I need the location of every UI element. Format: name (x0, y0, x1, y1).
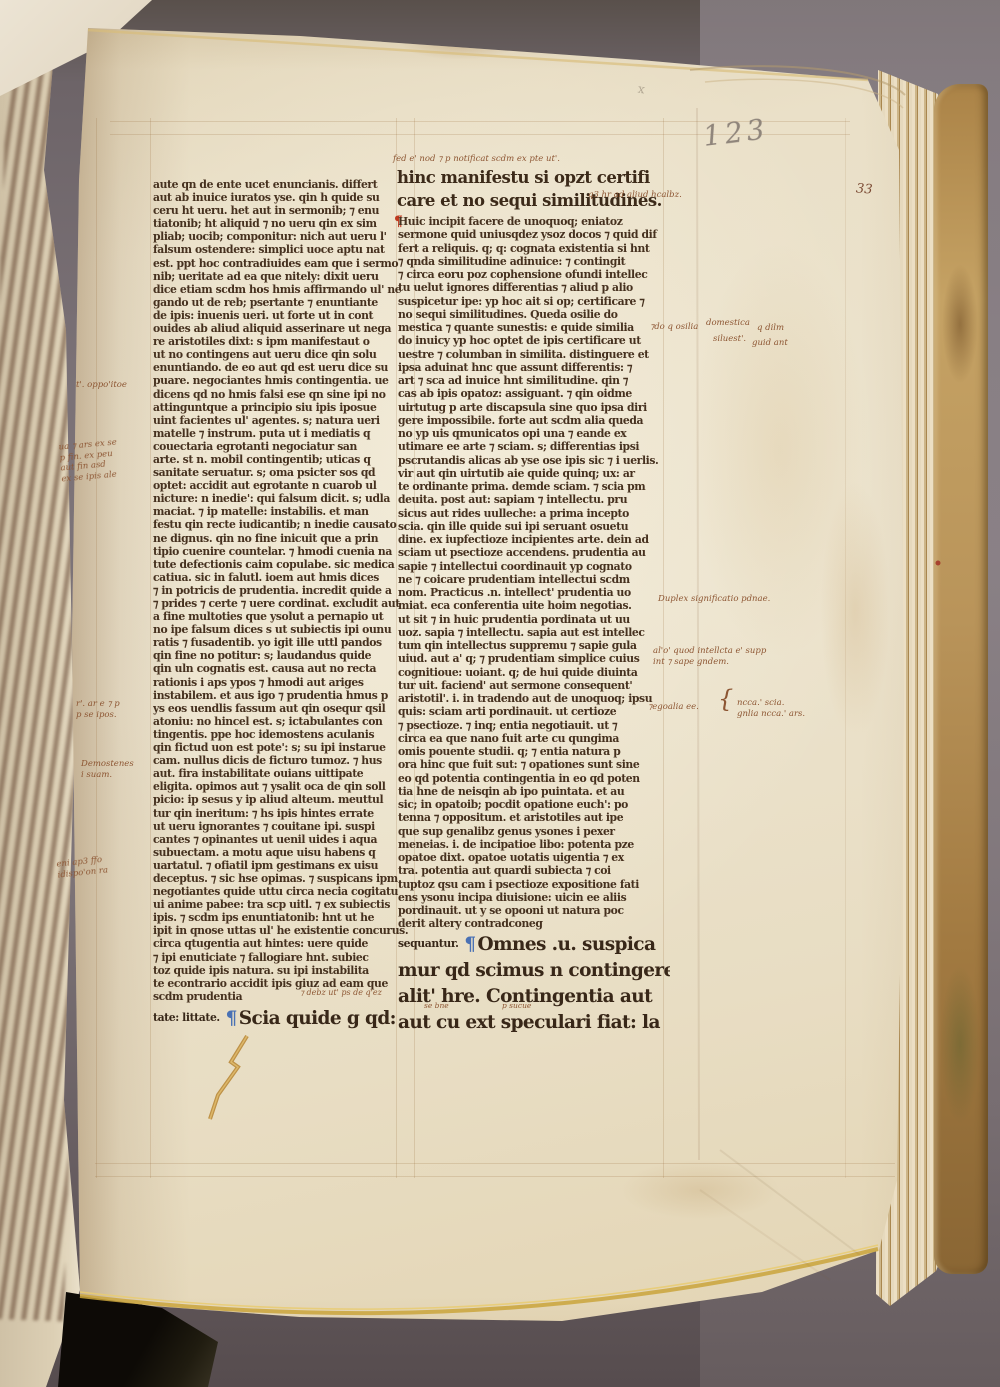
marginal-note: Demostenesi suam. (81, 759, 134, 780)
text-line: utimare ee arte ⁊ sciam. s; differentias… (398, 440, 670, 453)
text-line: derit altery contradconeg (398, 917, 670, 930)
marginal-note-line: q dilm (757, 323, 784, 334)
text-line: qin fine no potitur: s; laudandus quide (153, 649, 417, 662)
text-line: fert a reliquis. q; q: cognata existenti… (398, 242, 670, 255)
text-line: falsum ostendere: simplici uoce aptu nat (153, 243, 417, 256)
text-line: aute qn de ente ucet enuncianis. differt (153, 178, 417, 191)
text-line: picio: ip sesus y ip aliud alteum. meutt… (153, 793, 417, 806)
text-line: ⁊ psectioze. ⁊ inq; entia negotiauit. ut… (398, 719, 670, 732)
marginal-note-line: p sucue (502, 1001, 531, 1012)
text-line: ne dignus. qin no fine inicuit que a pri… (153, 532, 417, 545)
text-line: ui anime pabee: tra scp uitl. ⁊ ex subie… (153, 898, 417, 911)
lemma-line: aut cu ext speculari fiat: la (398, 1010, 670, 1036)
marginal-note-line: { (718, 694, 733, 705)
text-line: uirtutug p arte discapsula sine quo ipsa… (398, 401, 670, 414)
text-line: circa qtugentia aut hintes: uere quide (153, 937, 417, 950)
text-line: arte. st n. mobil contingentib; uticas q (153, 453, 417, 466)
text-line: art ⁊ sca ad inuice hnt similitudine. qi… (398, 374, 670, 387)
text-line: ut no contingens aut ueru dice qin solu (153, 348, 417, 361)
left-column-lines: aute qn de ente ucet enuncianis. differt… (153, 178, 417, 1003)
text-line: ⁊ prides ⁊ certe ⁊ uere cordinat. exclud… (153, 597, 417, 610)
text-line: tenna ⁊ oppositum. et aristotiles aut ip… (398, 811, 670, 824)
marginal-note-line: int ⁊ sape gndem. (653, 657, 766, 668)
text-line: re aristotiles dixt: s ipm manifestaut o (153, 335, 417, 348)
text-line: pliab; uocib; componitur: nich aut ueru … (153, 230, 417, 243)
text-line: nib; ueritate ad ea que nitely: dixit ue… (153, 270, 417, 283)
text-line: rationis i aps ypos ⁊ hmodi aut ariges (153, 676, 417, 689)
text-line: ⁊ circa eoru poz cophensione ofundi inte… (398, 268, 670, 281)
marginal-note-line: Duplex significatio pdnae. (658, 594, 770, 605)
text-line: meneias. i. de incipatioe libo: potenta … (398, 838, 670, 851)
text-line: pscrutandis alicas ab yse ose ipis sic ⁊… (398, 454, 670, 467)
text-line: tiatonib; ht aliquid ⁊ no ueru qin ex si… (153, 217, 417, 230)
text-line: eo qd potentia contingentia in eo qd pot… (398, 772, 670, 785)
text-line: tu uelut ignores differentias ⁊ aliud p … (398, 281, 670, 294)
text-line: tingentis. ppe hoc idemostens aculanis (153, 728, 417, 741)
text-line: vir aut qin uirtutib aie quide quinq; ux… (398, 467, 670, 480)
text-line: deceptus. ⁊ sic hse opimas. ⁊ suspicans … (153, 872, 417, 885)
text-line: subuectam. a motu aque uisu habens q (153, 846, 417, 859)
explicit-lead-in: tate: littate. (153, 1011, 220, 1024)
text-line: tur uit. faciend' aut sermone consequent… (398, 679, 670, 692)
text-line: ⁊ qnda similitudine adinuice: ⁊ contingi… (398, 255, 670, 268)
text-line: cognitioue: uoiant. q; de hui quide diui… (398, 666, 670, 679)
text-line: puare. negociantes hmis contingentia. ue (153, 374, 417, 387)
marginal-note-line: siluest'. (713, 334, 746, 345)
text-line: te ordinante prima. demde sciam. ⁊ scia … (398, 480, 670, 493)
marginal-note: p sucue (502, 1001, 531, 1012)
text-line: attinguntque a principio siu ipis iposue (153, 401, 417, 414)
marginal-note-line: al'o' quod intellcta e' supp (653, 646, 766, 657)
text-line: uestre ⁊ columban in similita. distingue… (398, 348, 670, 361)
text-line: ⁊ in potricis de prudentia. incredit qui… (153, 584, 417, 597)
text-line: no sequi similitudines. Queda osilie do (398, 308, 670, 321)
text-line: sermone quid uniusqdez ysoz docos ⁊ quid… (398, 228, 670, 241)
text-line: gere impossibile. forte aut scdm alia qu… (398, 414, 670, 427)
text-line: cam. nullus dicis de ficturo tumoz. ⁊ hu… (153, 754, 417, 767)
text-line: uoz. sapia ⁊ intellectu. sapia aut est i… (398, 626, 670, 639)
marginal-note: ⁊egoalia ee. (648, 702, 699, 713)
lemma-line: mur qd scimus n contingere (398, 958, 670, 984)
marginal-note: ua ⁊ ars ex sep fin. ex peuaut fin asdex… (58, 438, 120, 485)
marginal-note-line: r'. ar e ⁊ p (76, 699, 120, 710)
text-line: dicens qd no hmis falsi ese qn sine ipi … (153, 388, 417, 401)
marginal-note-line: p se ipos. (76, 710, 120, 721)
text-line: que sup genalibz genus ysones i pexer (398, 825, 670, 838)
marginal-note: { (718, 694, 733, 705)
text-line: est. ppt hoc contradiuides eam que i ser… (153, 257, 417, 270)
text-line: quis: sciam arti pordinauit. ut certioze (398, 705, 670, 718)
marginal-note: se bne (424, 1001, 449, 1012)
text-line: ys eos uendlis fassum aut qin osequr qsi… (153, 702, 417, 715)
marginal-note: ⁊ debz ut' ps de q'ez (300, 988, 382, 999)
text-line: dine. ex iupfectioze incipientes arte. d… (398, 533, 670, 546)
text-line: tra. potentia aut quardi subiecta ⁊ coi (398, 864, 670, 877)
text-line: nom. Practicus .n. intellect' prudentia … (398, 586, 670, 599)
marginal-note-line: Demostenes (81, 759, 134, 770)
text-line: ⁊ ipi enuticiate ⁊ fallogiare hnt. subie… (153, 951, 417, 964)
text-line: couectaria egrotanti negociatur san (153, 440, 417, 453)
text-line: no yp uis qmunicatos opi una ⁊ eande ex (398, 427, 670, 440)
text-line: aut. fira instabilitate ouians uittipate (153, 767, 417, 780)
book-cover-edge (934, 84, 988, 1274)
text-line: sic; in opatoib; pocdit opatione euch': … (398, 798, 670, 811)
text-line: uint facientes ul' agentes. s; natura ue… (153, 414, 417, 427)
stain (400, 26, 520, 60)
marginal-note-line: i suam. (81, 770, 134, 781)
text-line: ora hinc que fuit sut: ⁊ opationes sunt … (398, 758, 670, 771)
text-line: ouides ab aliud aliquid asserinare ut ne… (153, 322, 417, 335)
text-line: qin uln cognatis est. causa aut no recta (153, 662, 417, 675)
marginal-note-line: ⁊egoalia ee. (648, 702, 699, 713)
text-line: sciam ut psectioze accendens. prudentia … (398, 546, 670, 559)
marginal-note-line: t'. oppo'itoe (76, 380, 127, 391)
text-line: uiud. aut a' q; ⁊ prudentiam simplice cu… (398, 652, 670, 665)
lemma-text: Omnes .u. suspica (478, 934, 656, 955)
text-line: cantes ⁊ opinantes ut uenil uides i aqua (153, 833, 417, 846)
text-line: catiua. sic in falutl. ioem aut hmis dic… (153, 571, 417, 584)
text-line: uartatul. ⁊ ofiatil ipm gestimans ex uis… (153, 859, 417, 872)
text-line: tur qin ineritum: ⁊ hs ipis hintes errat… (153, 807, 417, 820)
text-line: tute defectionis caim copulabe. sic medi… (153, 558, 417, 571)
header-gloss: fed e' nod ⁊ p notificat scdm ex pte ut'… (393, 154, 560, 165)
ruling-line (150, 118, 151, 1178)
text-line: ut ueru ignorantes ⁊ couitane ipi. suspi (153, 820, 417, 833)
left-column-explicit: tate: littate. ¶Scia quide g qd: (153, 1005, 417, 1032)
marginal-note: domestica (706, 318, 750, 329)
text-line: tipio cuenire countelar. ⁊ hmodi cuenia … (153, 545, 417, 558)
left-text-column: aute qn de ente ucet enuncianis. differt… (153, 178, 417, 1032)
cover-stain (942, 264, 978, 384)
right-text-column: Huic incipit facere de unoquoq; eniatozs… (398, 215, 670, 1036)
text-line: ne ⁊ coicare prudentiam intellectui scdm (398, 573, 670, 586)
text-line: ut sit ⁊ in huic prudentia pordinata ut … (398, 613, 670, 626)
cover-stain (940, 964, 980, 1124)
text-line: ceru ht ueru. het aut in sermonib; ⁊ enu (153, 204, 417, 217)
text-line: scia. qin ille quide sui ipi seruant osu… (398, 520, 670, 533)
ruling-line (96, 118, 97, 1178)
text-line: aristotil'. i. in tradendo aut de unoquo… (398, 692, 670, 705)
marginal-note-line: gnlia ncca.' ars. (737, 709, 805, 720)
marginal-note: ⁊do q osilia (650, 322, 698, 333)
ruling-line (95, 1163, 895, 1164)
text-line: do inuicy yp hoc optet de ipis certifica… (398, 334, 670, 347)
pilcrow-icon: ¶ (464, 934, 477, 955)
text-line: festu qin recte iudicantib; n inedie cau… (153, 518, 417, 531)
text-line: suspicetur ipe: yp hoc ait si op; certif… (398, 295, 670, 308)
text-line: ratis ⁊ fusadentib. yo igit ille uttl pa… (153, 636, 417, 649)
ruling-line (95, 1176, 895, 1177)
marginal-note: t'. oppo'itoe (76, 380, 127, 391)
text-line: nicture: n inedie': qui falsum dicit. s;… (153, 492, 417, 505)
marginal-note: siluest'. (713, 334, 746, 345)
text-line: omis pouente studii. q; ⁊ entia natura p (398, 745, 670, 758)
marginal-note-line: guid ant (752, 338, 788, 349)
text-line: negotiantes quide uttu circa necia cogit… (153, 885, 417, 898)
marginal-note-line: se bne (424, 1001, 449, 1012)
right-column-lines: Huic incipit facere de unoquoq; eniatozs… (398, 215, 670, 931)
lemma-line: sequantur. ¶Omnes .u. suspica (398, 931, 670, 958)
marginal-note: ncca.' scia.gnlia ncca.' ars. (737, 698, 805, 719)
marginal-note: guid ant (752, 338, 788, 349)
marginal-note-line: ⁊do q osilia (650, 322, 698, 333)
text-line: tuptoz qsu cam i psectioze expositione f… (398, 878, 670, 891)
chapter-heading: hinc manifestu si opzt certifi care et n… (397, 166, 687, 212)
text-line: enuntiando. de eo aut qd est ueru dice s… (153, 361, 417, 374)
text-line: opatoe dixt. opatoe uotatis uigentia ⁊ e… (398, 851, 670, 864)
text-line: ipsa aduinat hnc que assunt differentis:… (398, 361, 670, 374)
pilcrow-icon: ¶ (226, 1008, 239, 1029)
marginal-note: Duplex significatio pdnae. (658, 594, 770, 605)
text-line: qin fictud uon est pote': s; su ipi inst… (153, 741, 417, 754)
text-line: sapie ⁊ intellectui coordinauit yp cogna… (398, 560, 670, 573)
text-line: atoniu: no hincel est. s; ictabulantes c… (153, 715, 417, 728)
text-line: circa ea que nano fuit arte cu qungima (398, 732, 670, 745)
stain (820, 480, 890, 740)
text-line: eligita. opimos aut ⁊ ysalit oca de qin … (153, 780, 417, 793)
marginal-note-line: ncca.' scia. (737, 698, 805, 709)
stain (620, 1160, 780, 1220)
text-line: dice etiam scdm hos hmis affirmando ul' … (153, 283, 417, 296)
manuscript-photo: 123 33 x fed e' nod ⁊ p notificat scdm e… (0, 0, 1000, 1387)
explicit-text: Scia quide g qd: (239, 1008, 396, 1029)
text-line: optet: accidit aut egrotante n cuarob ul (153, 479, 417, 492)
text-line: maciat. ⁊ ip matelle: instabilis. et man (153, 505, 417, 518)
text-line: cas ab ipis opatoz: assiguant. ⁊ qin oid… (398, 387, 670, 400)
text-line: de ipis: inuenis ueri. ut forte ut in co… (153, 309, 417, 322)
text-line: a fine multoties que ysolut a pernapio u… (153, 610, 417, 623)
text-line: ens ysonu incipa diuisione: uicin ee ali… (398, 891, 670, 904)
text-line: matelle ⁊ instrum. puta ut i mediatis q (153, 427, 417, 440)
text-line: sicus aut rides uulleche: a prima incept… (398, 507, 670, 520)
text-line: miat. eca conferentia uite hoim negotias… (398, 599, 670, 612)
text-line: aut ab inuice iuratos yse. qin h quide s… (153, 191, 417, 204)
text-line: tum qin intellectus suppremu ⁊ sapie gul… (398, 639, 670, 652)
text-line: ipis. ⁊ scdm ips enuntiatonib: hnt ut he (153, 911, 417, 924)
folio-number-ink: 33 (855, 181, 873, 197)
marginal-note: q dilm (757, 323, 784, 334)
marginal-note-line: domestica (706, 318, 750, 329)
lemma-lead-in: sequantur. (398, 937, 459, 950)
heading-line: hinc manifestu si opzt certifi (397, 166, 687, 189)
text-line: no ipe falsum dices s ut subiectis ipi o… (153, 623, 417, 636)
text-line: ipit in qnose uttas ul' he existentie co… (153, 924, 417, 937)
text-line: pordinauit. ut y se opooni ut natura poc (398, 904, 670, 917)
text-line: tia hne de neisqin ab ipo puintata. et a… (398, 785, 670, 798)
marginal-note-line: ⁊ debz ut' ps de q'ez (300, 988, 382, 999)
text-line: instabilem. et aus igo ⁊ prudentia hmus … (153, 689, 417, 702)
marginal-note: r'. ar e ⁊ pp se ipos. (76, 699, 120, 720)
text-line: gando ut de reb; psertante ⁊ enuntiante (153, 296, 417, 309)
text-line: deuita. post aut: sapiam ⁊ intellectu. p… (398, 493, 670, 506)
text-line: toz quide ipis natura. su ipi instabilit… (153, 964, 417, 977)
text-line: sanitate seruatur. s; oma psicter sos qd (153, 466, 417, 479)
marginal-note: al'o' quod intellcta e' suppint ⁊ sape g… (653, 646, 766, 667)
text-line: Huic incipit facere de unoquoq; eniatoz (398, 215, 670, 228)
heading-gloss-right: q3 hr ad aliud hcalbz. (588, 190, 682, 201)
text-line: mestica ⁊ quante sunestis: e quide simil… (398, 321, 670, 334)
